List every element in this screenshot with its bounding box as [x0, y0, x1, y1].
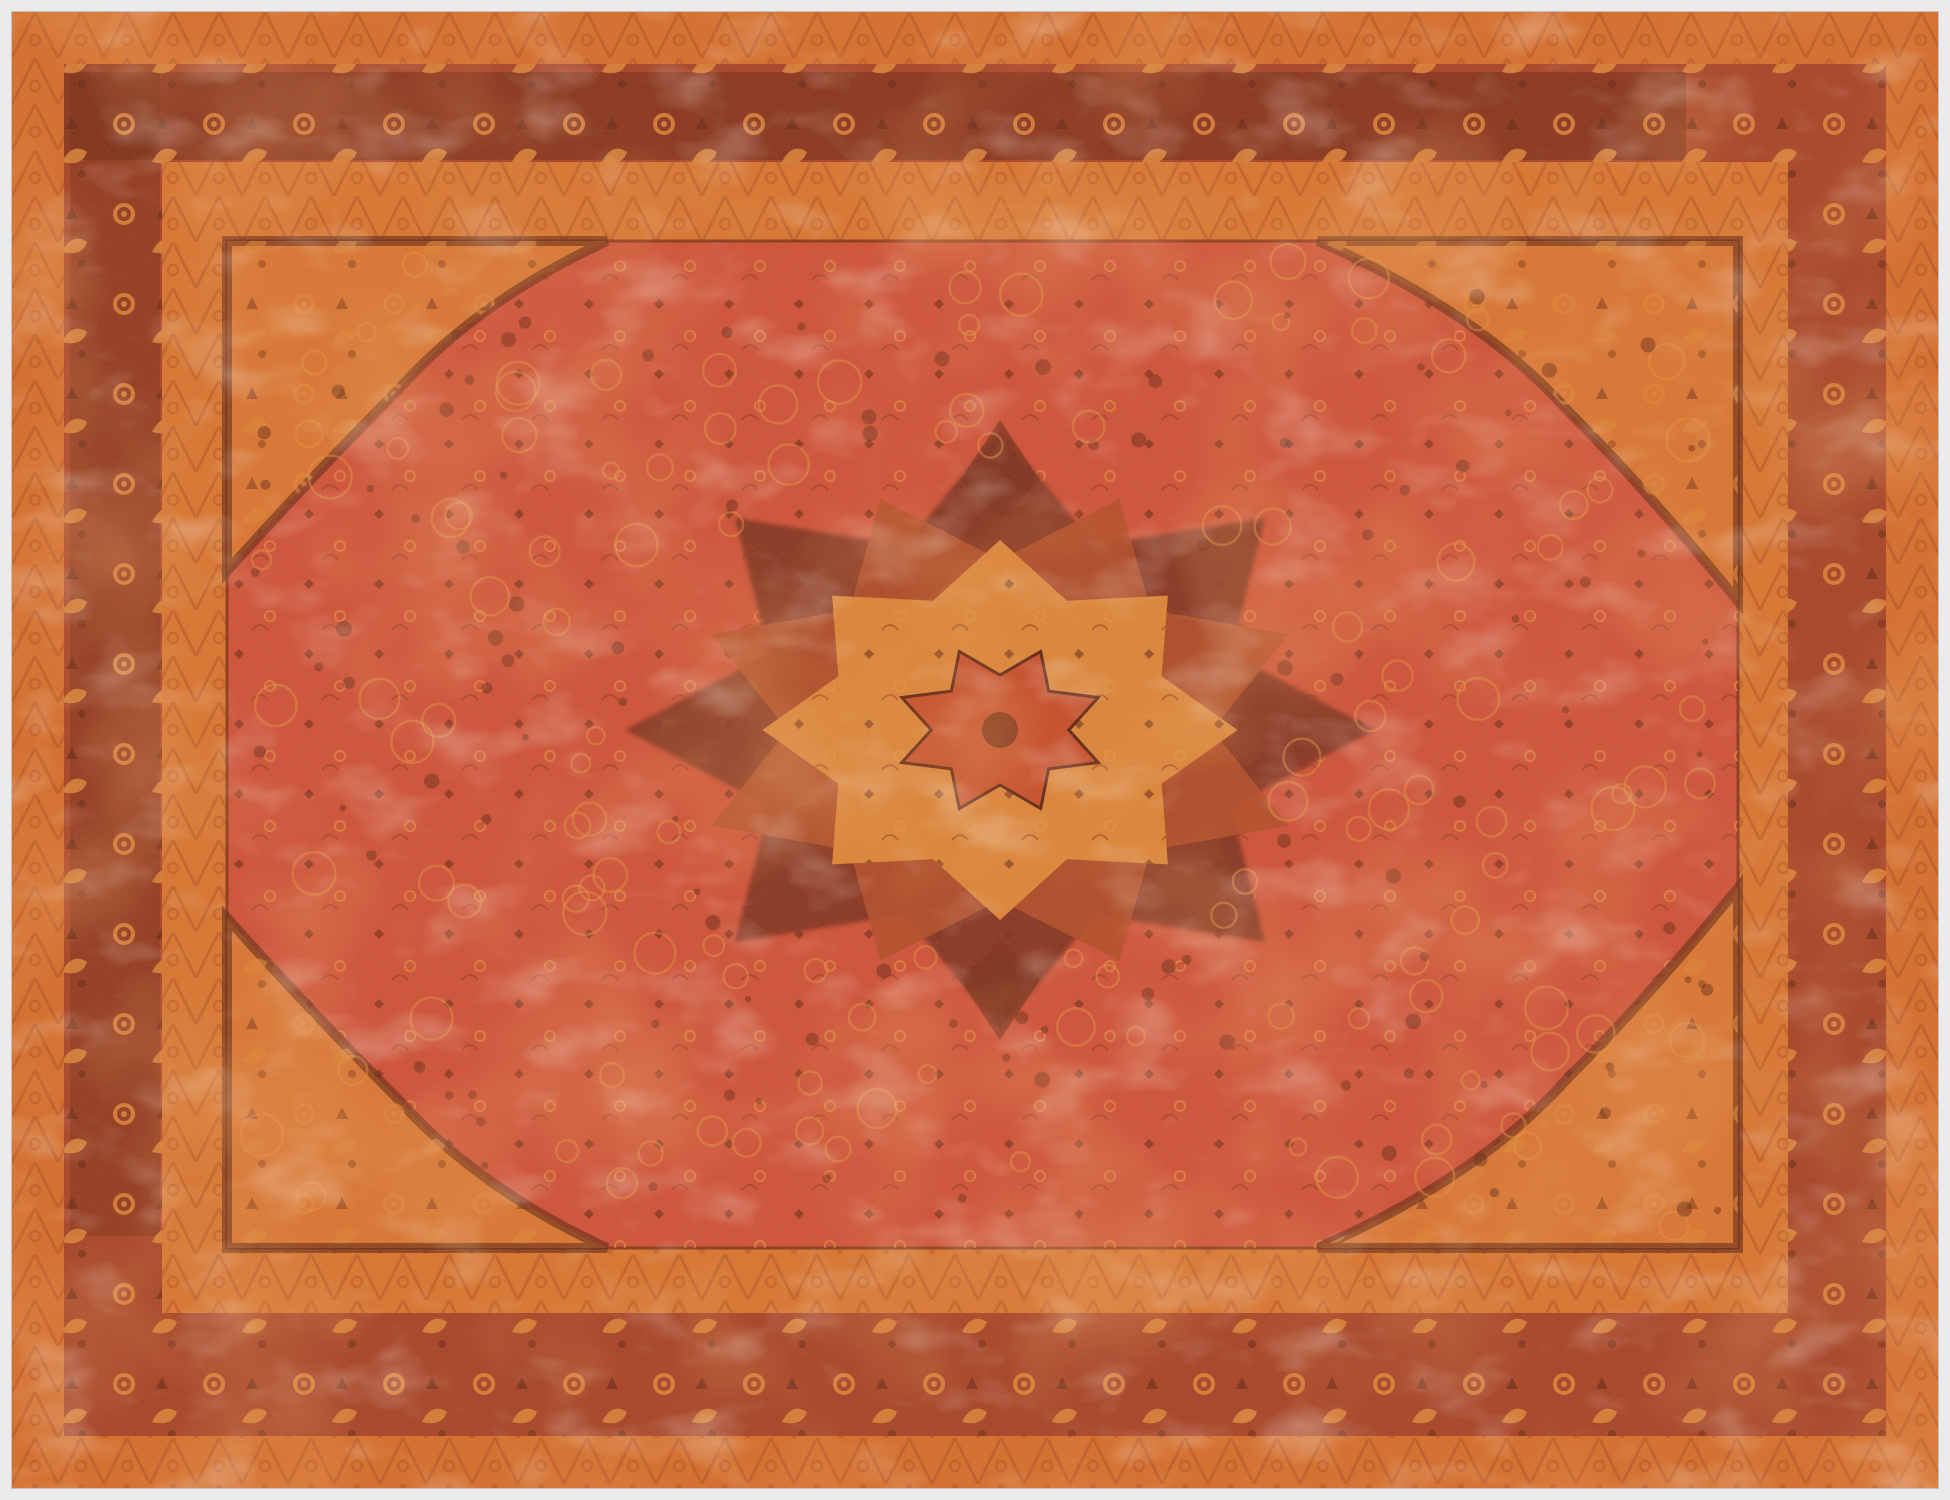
worn-highlights — [12, 12, 1938, 1488]
rug — [12, 12, 1938, 1488]
rug-artwork — [12, 12, 1938, 1488]
